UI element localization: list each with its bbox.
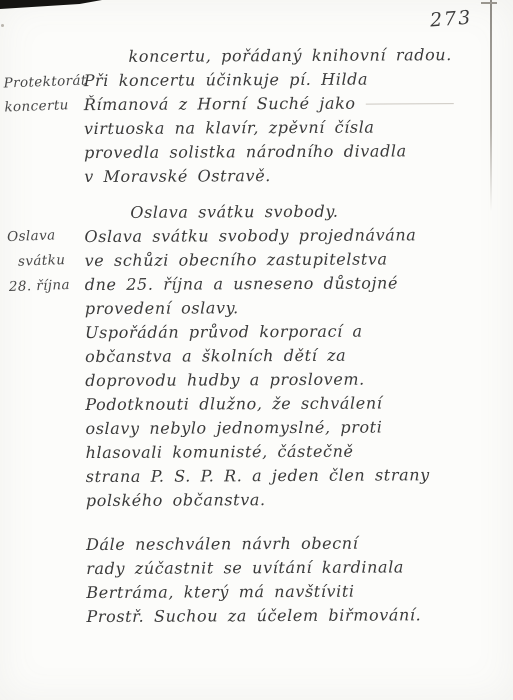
text-line: ve schůzi obecního zastupitelstva xyxy=(85,247,490,273)
page-edge-line xyxy=(490,0,492,212)
main-text-block: koncertu, pořádaný knihovní radou. Při k… xyxy=(83,43,491,629)
text-line: koncertu, pořádaný knihovní radou. xyxy=(83,43,488,69)
filler-line xyxy=(366,103,454,104)
text-line: Při koncertu účinkuje pí. Hilda xyxy=(84,67,489,93)
text-line: provedení oslavy. xyxy=(85,295,490,321)
margin-note-concert: Protektorát koncertu xyxy=(3,69,88,120)
text-line: Podotknouti dlužno, že schválení xyxy=(85,391,490,417)
text-line: dne 25. října a usneseno důstojné xyxy=(85,271,490,297)
text-line: Dále neschválen návrh obecní xyxy=(86,531,491,557)
text-line: Bertráma, který má navštíviti xyxy=(86,579,491,605)
text-line: Prostř. Suchou za účelem biřmování. xyxy=(86,603,491,629)
corner-mark xyxy=(481,2,497,7)
margin-note-line: koncertu xyxy=(4,93,88,120)
scanned-manuscript-page: 273 Protektorát koncertu Oslava svátku 2… xyxy=(0,0,513,700)
text-line: polského občanstva. xyxy=(86,487,491,513)
margin-note-line: Oslava xyxy=(7,223,69,250)
text-line: Uspořádán průvod korporací a xyxy=(85,319,490,345)
text-line: občanstva a školních dětí za xyxy=(85,343,490,369)
margin-note-line: Protektorát xyxy=(3,69,87,96)
text-line: rady zúčastnit se uvítání kardinala xyxy=(86,555,491,581)
page-number: 273 xyxy=(429,7,473,32)
text-line: strana P. S. P. R. a jeden člen strany xyxy=(86,463,491,489)
text-line-content: Římanová z Horní Suché jako xyxy=(84,94,356,114)
text-line: oslavy nebylo jednomyslné, proti xyxy=(85,415,490,441)
scan-artifact-top-left xyxy=(0,0,102,9)
text-line: provedla solistka národního divadla xyxy=(84,139,489,165)
margin-note-line: 28. října xyxy=(8,273,70,300)
scan-artifact-speck xyxy=(1,24,4,27)
text-line: doprovodu hudby a proslovem. xyxy=(85,367,490,393)
text-line: hlasovali komunisté, částečně xyxy=(86,439,491,465)
text-line: v Moravské Ostravě. xyxy=(84,163,489,189)
text-line: virtuoska na klavír, zpěvní čísla xyxy=(84,115,489,141)
text-line: Oslava svátku svobody projednávána xyxy=(84,223,489,249)
margin-note-celebration: Oslava svátku 28. října xyxy=(7,223,71,300)
text-line: Římanová z Horní Suché jako xyxy=(84,91,489,117)
margin-note-line: svátku xyxy=(8,248,70,275)
section-heading: Oslava svátku svobody. xyxy=(84,199,489,225)
